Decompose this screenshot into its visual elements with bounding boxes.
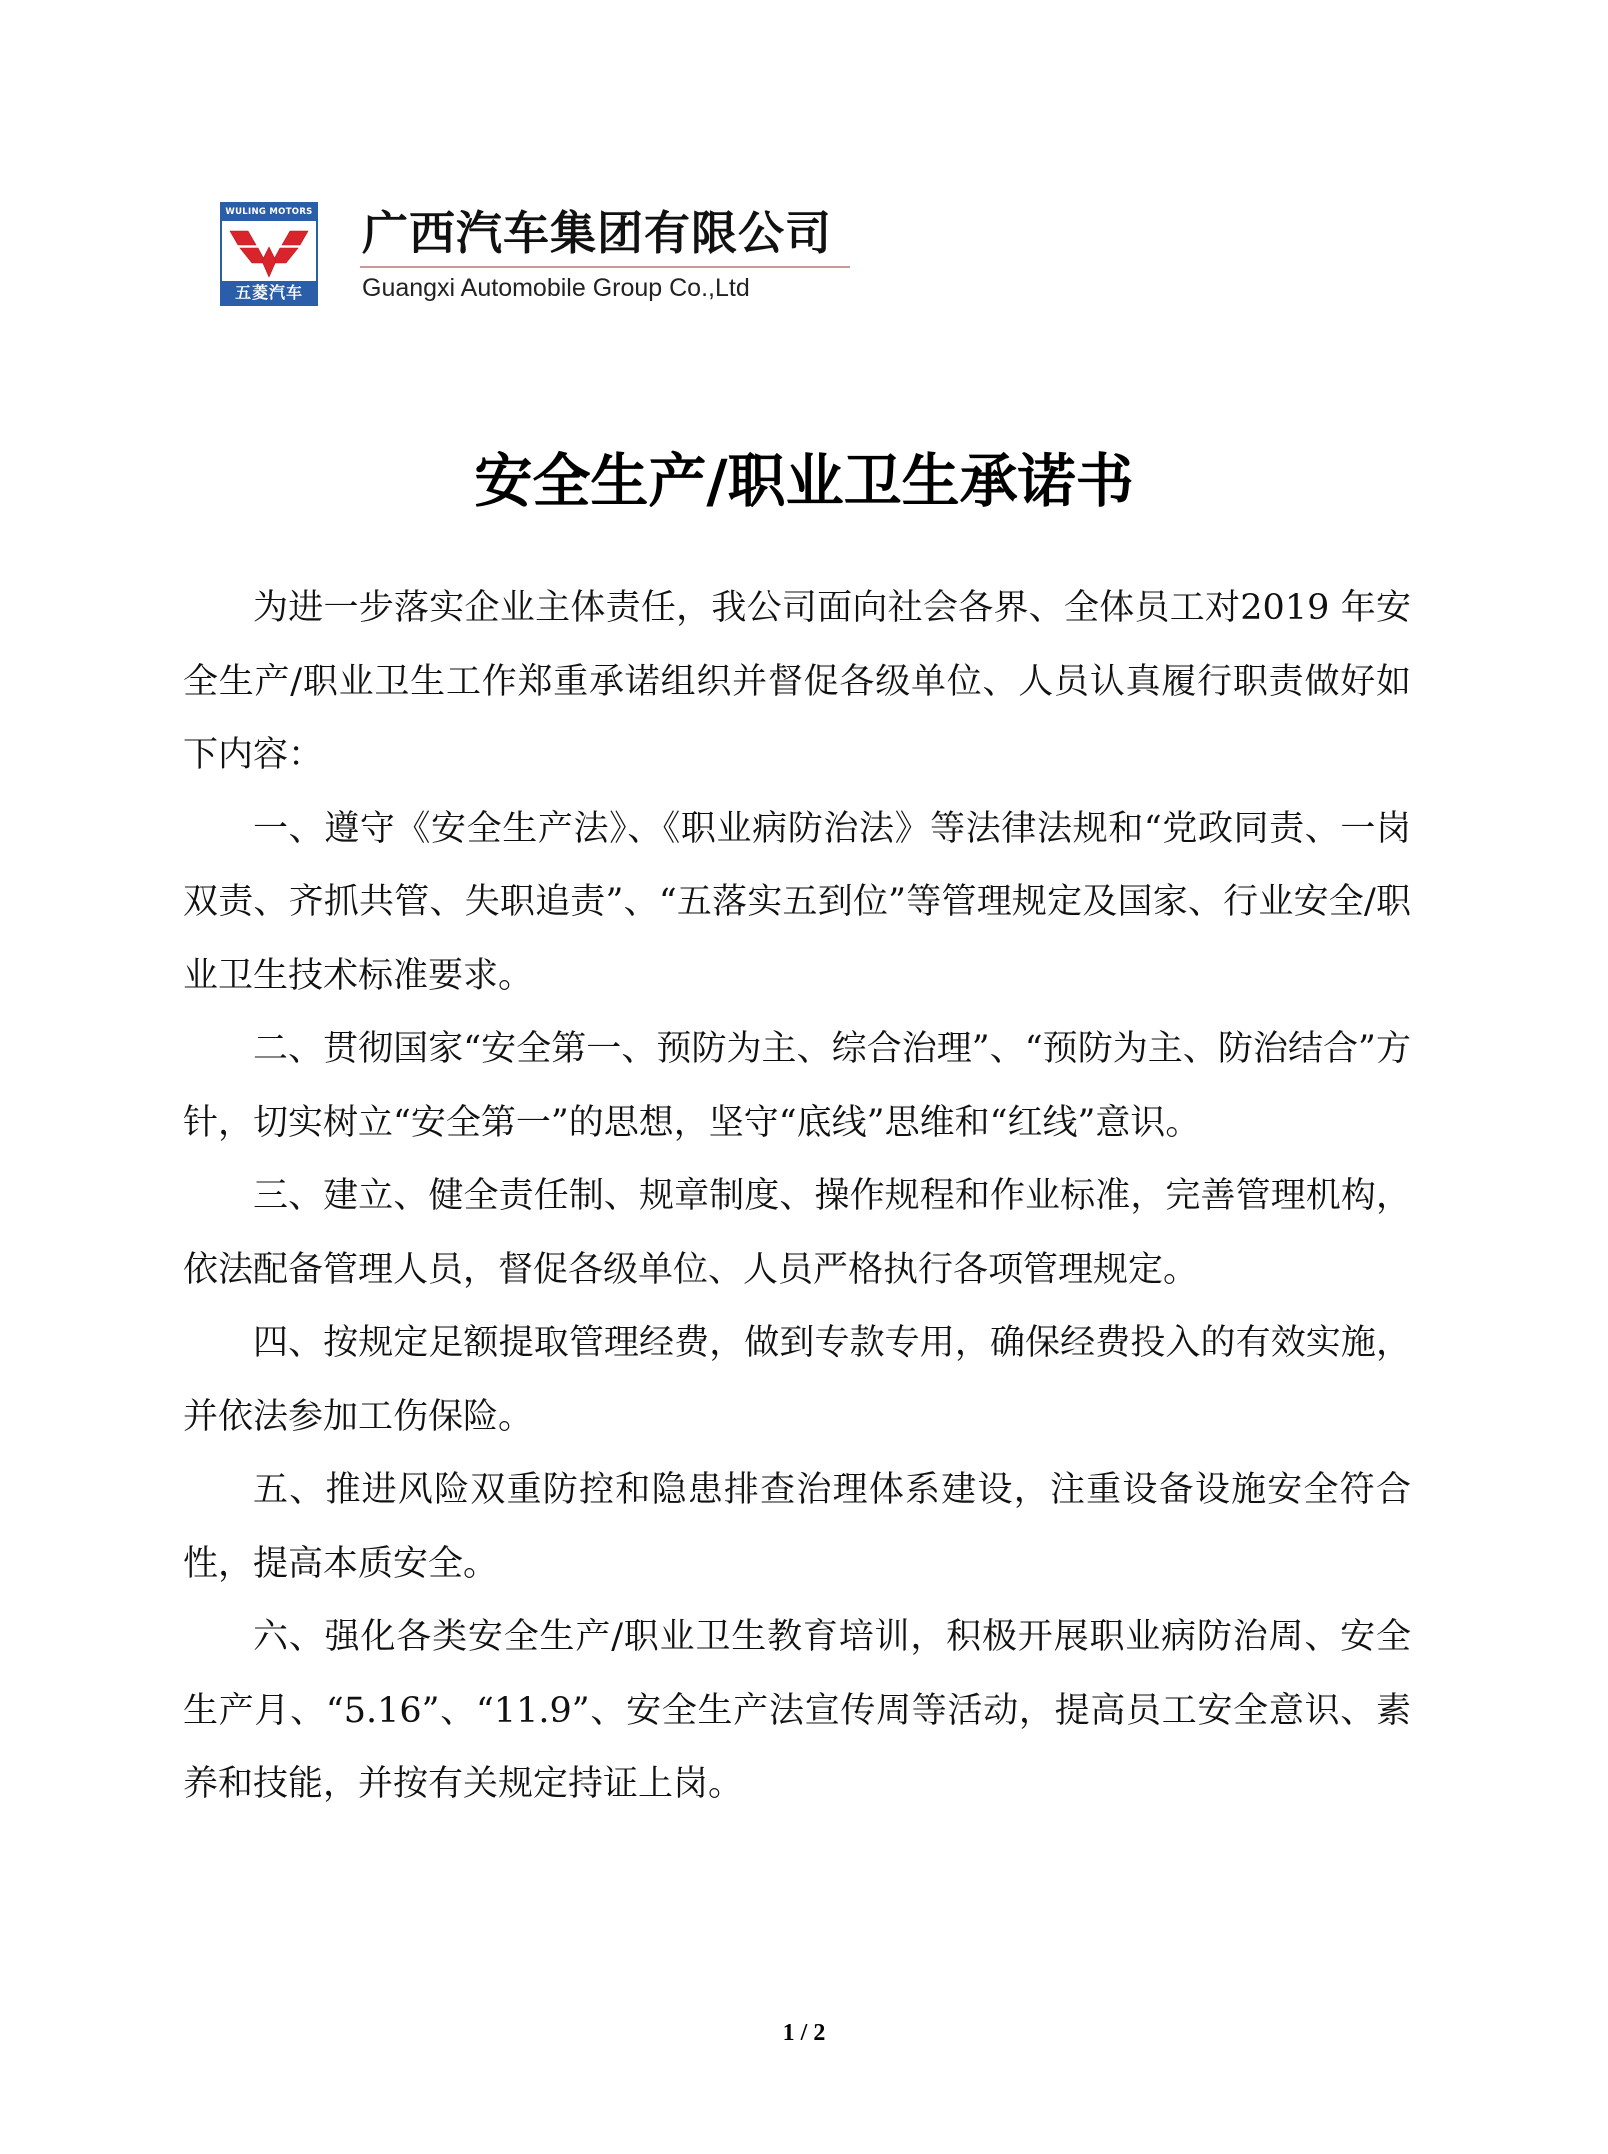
commitment-item-3: 三、建立、健全责任制、规章制度、操作规程和作业标准，完善管理机构，依法配备管理人… (183, 1160, 1411, 1307)
document-title: 安全生产/职业卫生承诺书 (0, 441, 1608, 521)
company-logo: WULING MOTORS 五菱汽车 (220, 202, 318, 306)
document-body: 为进一步落实企业主体责任，我公司面向社会各界、全体员工对2019 年安全生产/职… (183, 572, 1411, 1822)
intro-paragraph: 为进一步落实企业主体责任，我公司面向社会各界、全体员工对2019 年安全生产/职… (183, 572, 1411, 793)
commitment-item-5: 五、推进风险双重防控和隐患排查治理体系建设，注重设备设施安全符合性，提高本质安全… (183, 1454, 1411, 1601)
commitment-item-1: 一、遵守《安全生产法》、《职业病防治法》等法律法规和“党政同责、一岗双责、齐抓共… (183, 793, 1411, 1014)
company-name-en: Guangxi Automobile Group Co.,Ltd (362, 272, 750, 304)
logo-bottom-text: 五菱汽车 (222, 281, 316, 304)
wuling-w-logo-icon (228, 225, 310, 279)
logo-top-text: WULING MOTORS (222, 204, 316, 221)
page-number: 1 / 2 (0, 2018, 1608, 2048)
commitment-item-6: 六、强化各类安全生产/职业卫生教育培训，积极开展职业病防治周、安全生产月、“5.… (183, 1601, 1411, 1822)
letterhead: WULING MOTORS 五菱汽车 广西汽车集团有限公司 Guangxi Au… (220, 202, 840, 312)
letterhead-divider (360, 266, 850, 268)
commitment-item-2: 二、贯彻国家“安全第一、预防为主、综合治理”、“预防为主、防治结合”方针，切实树… (183, 1013, 1411, 1160)
commitment-item-4: 四、按规定足额提取管理经费，做到专款专用，确保经费投入的有效实施，并依法参加工伤… (183, 1307, 1411, 1454)
company-name-cn: 广西汽车集团有限公司 (362, 206, 832, 260)
